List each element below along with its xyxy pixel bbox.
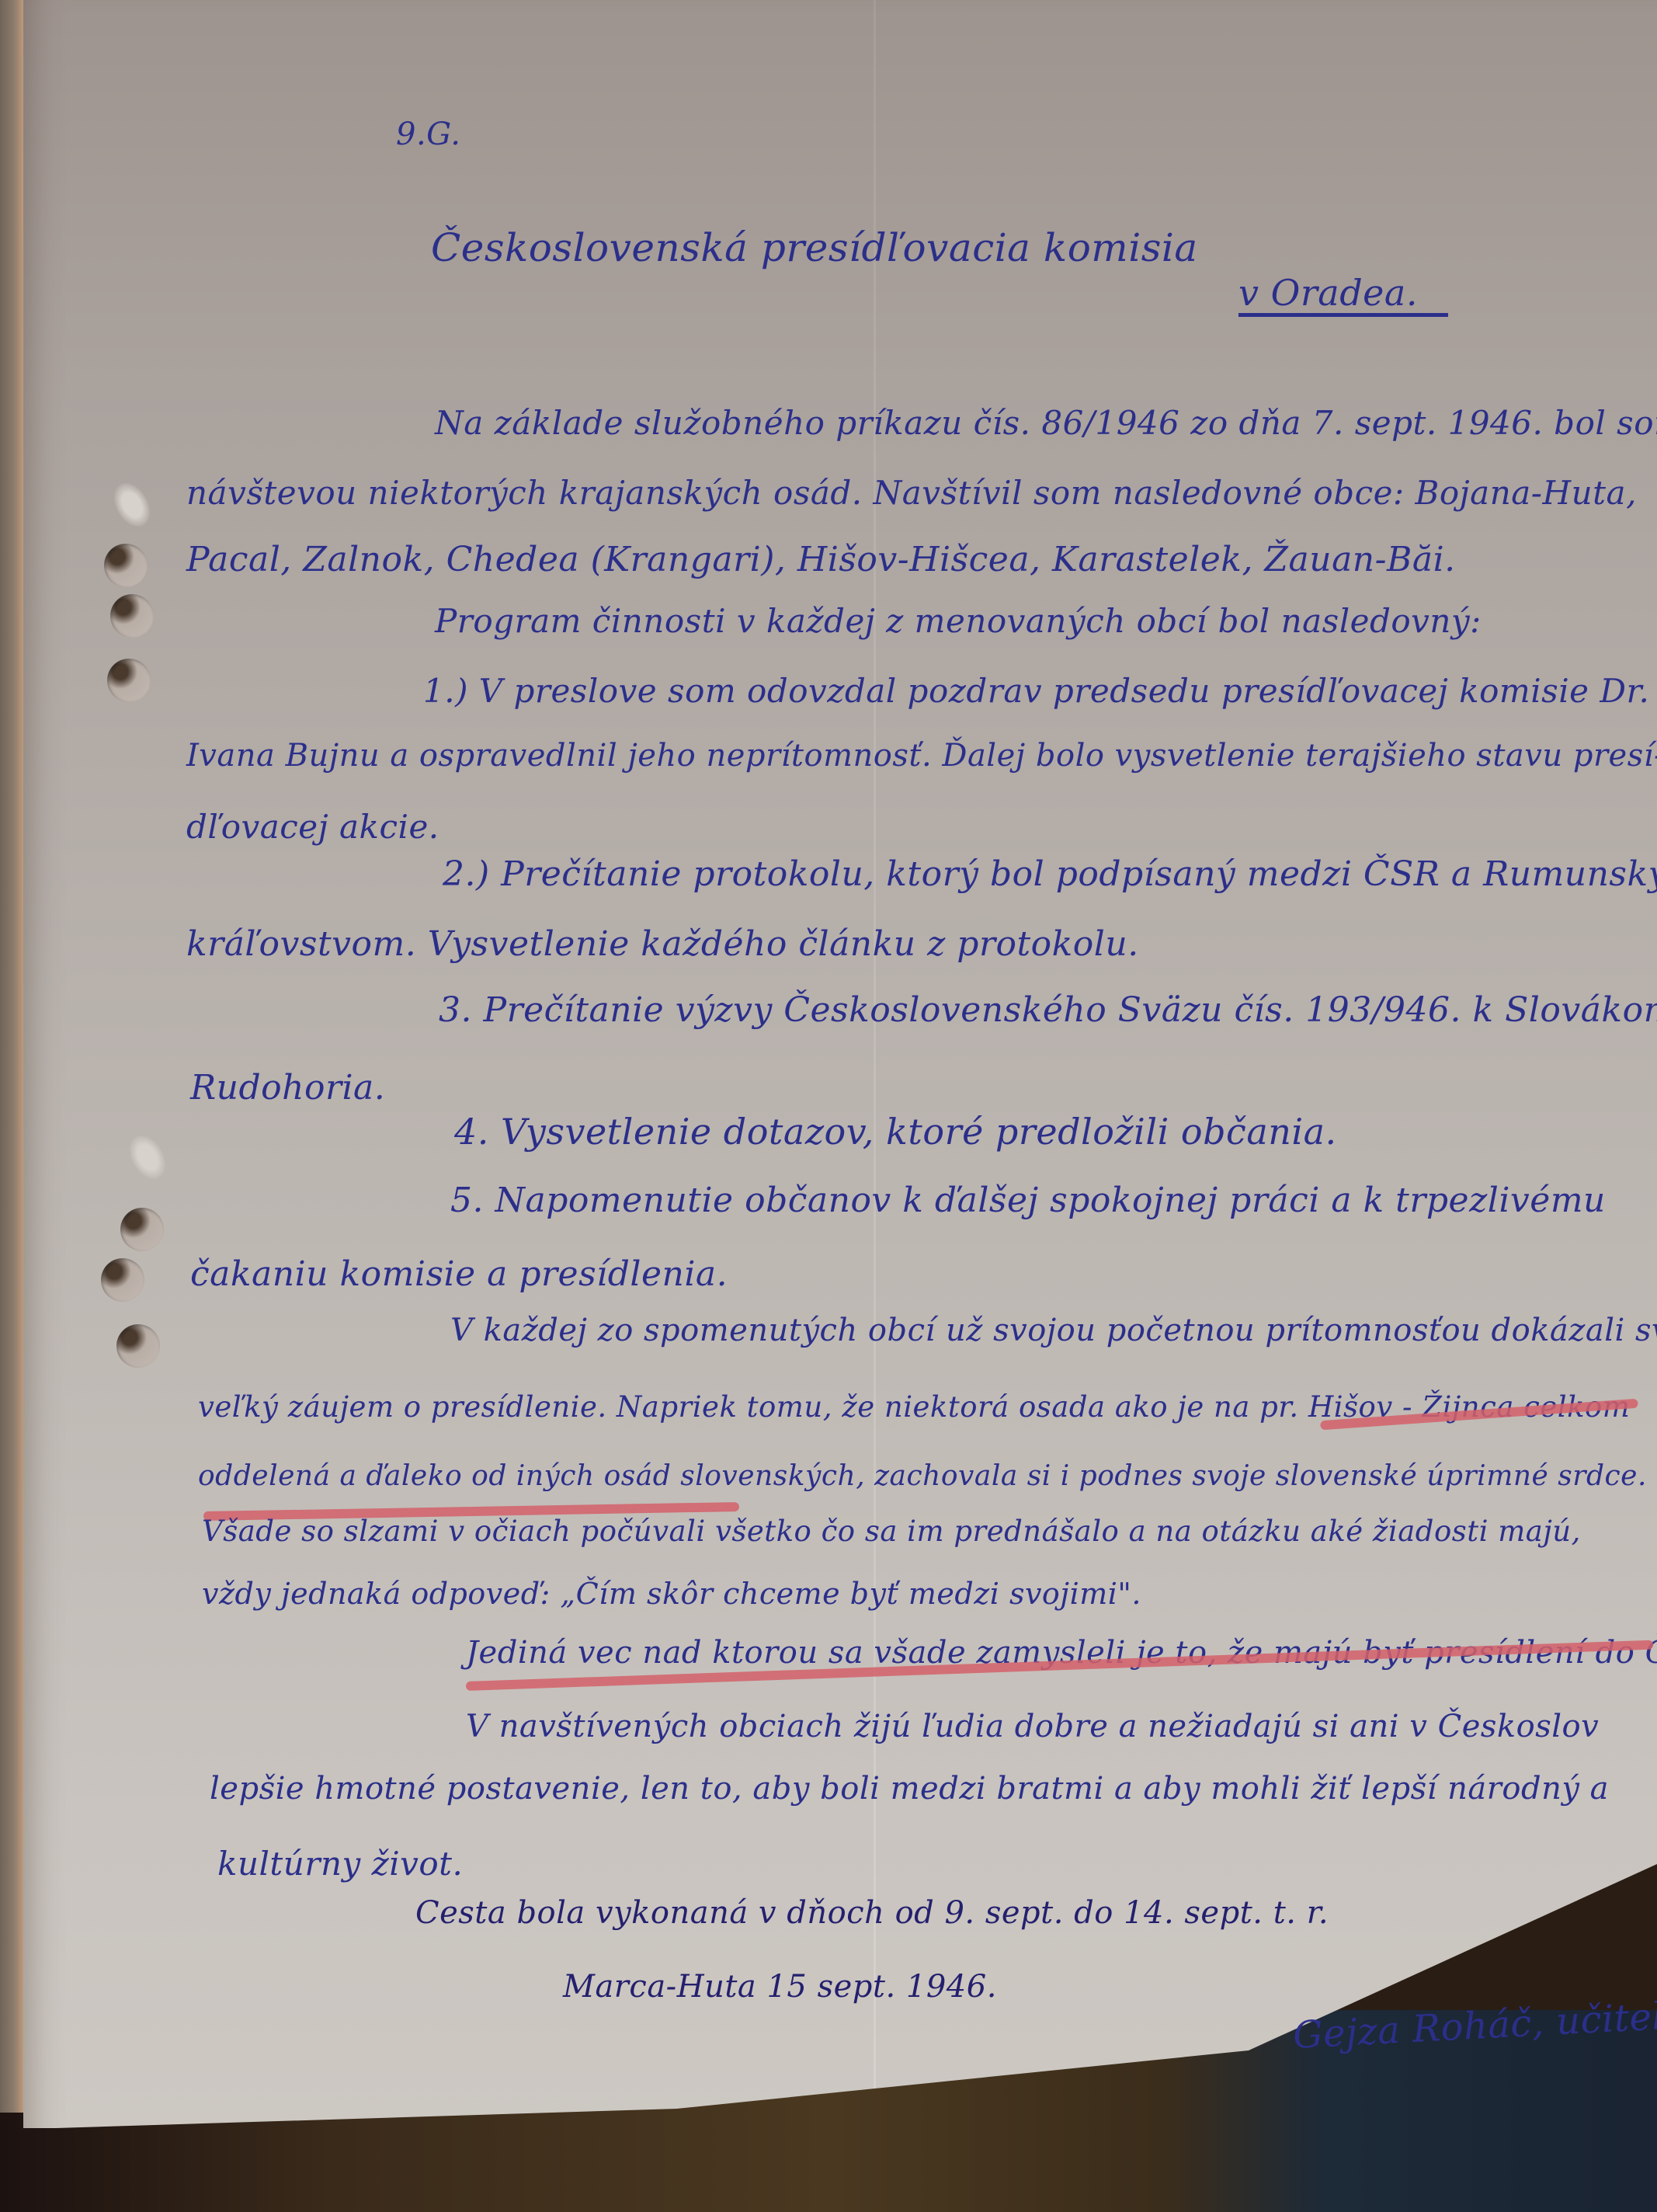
body-line: kráľovstvom. Vysvetlenie každého článku … (186, 924, 1139, 964)
punch-hole (116, 1324, 160, 1368)
document-title: Československá presídľovacia komisia (431, 225, 1198, 270)
body-line: 2.) Prečítanie protokolu, ktorý bol podp… (443, 854, 1657, 894)
page-number: 9.G. (396, 117, 460, 152)
document-location: v Oradea. (1238, 272, 1418, 314)
punch-hole (104, 544, 148, 587)
body-line: dľovacej akcie. (186, 808, 439, 846)
punch-dent (107, 477, 158, 533)
body-line: kultúrny život. (217, 1845, 463, 1883)
punch-hole (120, 1208, 164, 1251)
body-line: 3. Prečítanie výzvy Československého Svä… (439, 990, 1657, 1030)
body-line: vždy jednaká odpoveď: „Čím skôr chceme b… (202, 1577, 1141, 1611)
body-line: Rudohoria. (190, 1068, 385, 1108)
body-line: 5. Napomenutie občanov k ďalšej spokojne… (450, 1181, 1606, 1220)
place-date: Marca-Huta 15 sept. 1946. (563, 1969, 997, 2005)
body-line: lepšie hmotné postavenie, len to, aby bo… (210, 1771, 1609, 1807)
body-line: V každej zo spomenutých obcí už svojou p… (450, 1313, 1657, 1348)
body-line: Program činnosti v každej z menovaných o… (435, 602, 1482, 640)
body-line: 1.) V preslove som odovzdal pozdrav pred… (423, 672, 1649, 710)
punch-hole (107, 659, 151, 702)
body-line: návštevou niektorých krajanských osád. N… (186, 474, 1637, 512)
body-line: Pacal, Zalnok, Chedea (Krangari), Hišov-… (186, 540, 1456, 579)
body-line: Všade so slzami v očiach počúvali všetko… (202, 1515, 1581, 1548)
body-line: Na základe služobného príkazu čís. 86/19… (435, 404, 1657, 442)
body-line: čakaniu komisie a presídlenia. (190, 1254, 728, 1294)
body-line: Ivana Bujnu a ospravedlnil jeho neprítom… (186, 738, 1657, 774)
punch-hole (101, 1258, 144, 1302)
body-line: 4. Vysvetlenie dotazov, ktoré predložili… (454, 1111, 1337, 1153)
body-line: Cesta bola vykonaná v dňoch od 9. sept. … (415, 1895, 1329, 1931)
location-underline (1238, 313, 1448, 317)
body-line: V navštívených obciach žijú ľudia dobre … (466, 1709, 1599, 1744)
body-line: oddelená a ďaleko od iných osád slovensk… (198, 1460, 1647, 1492)
punch-hole (110, 594, 154, 638)
punch-dent (123, 1129, 173, 1185)
